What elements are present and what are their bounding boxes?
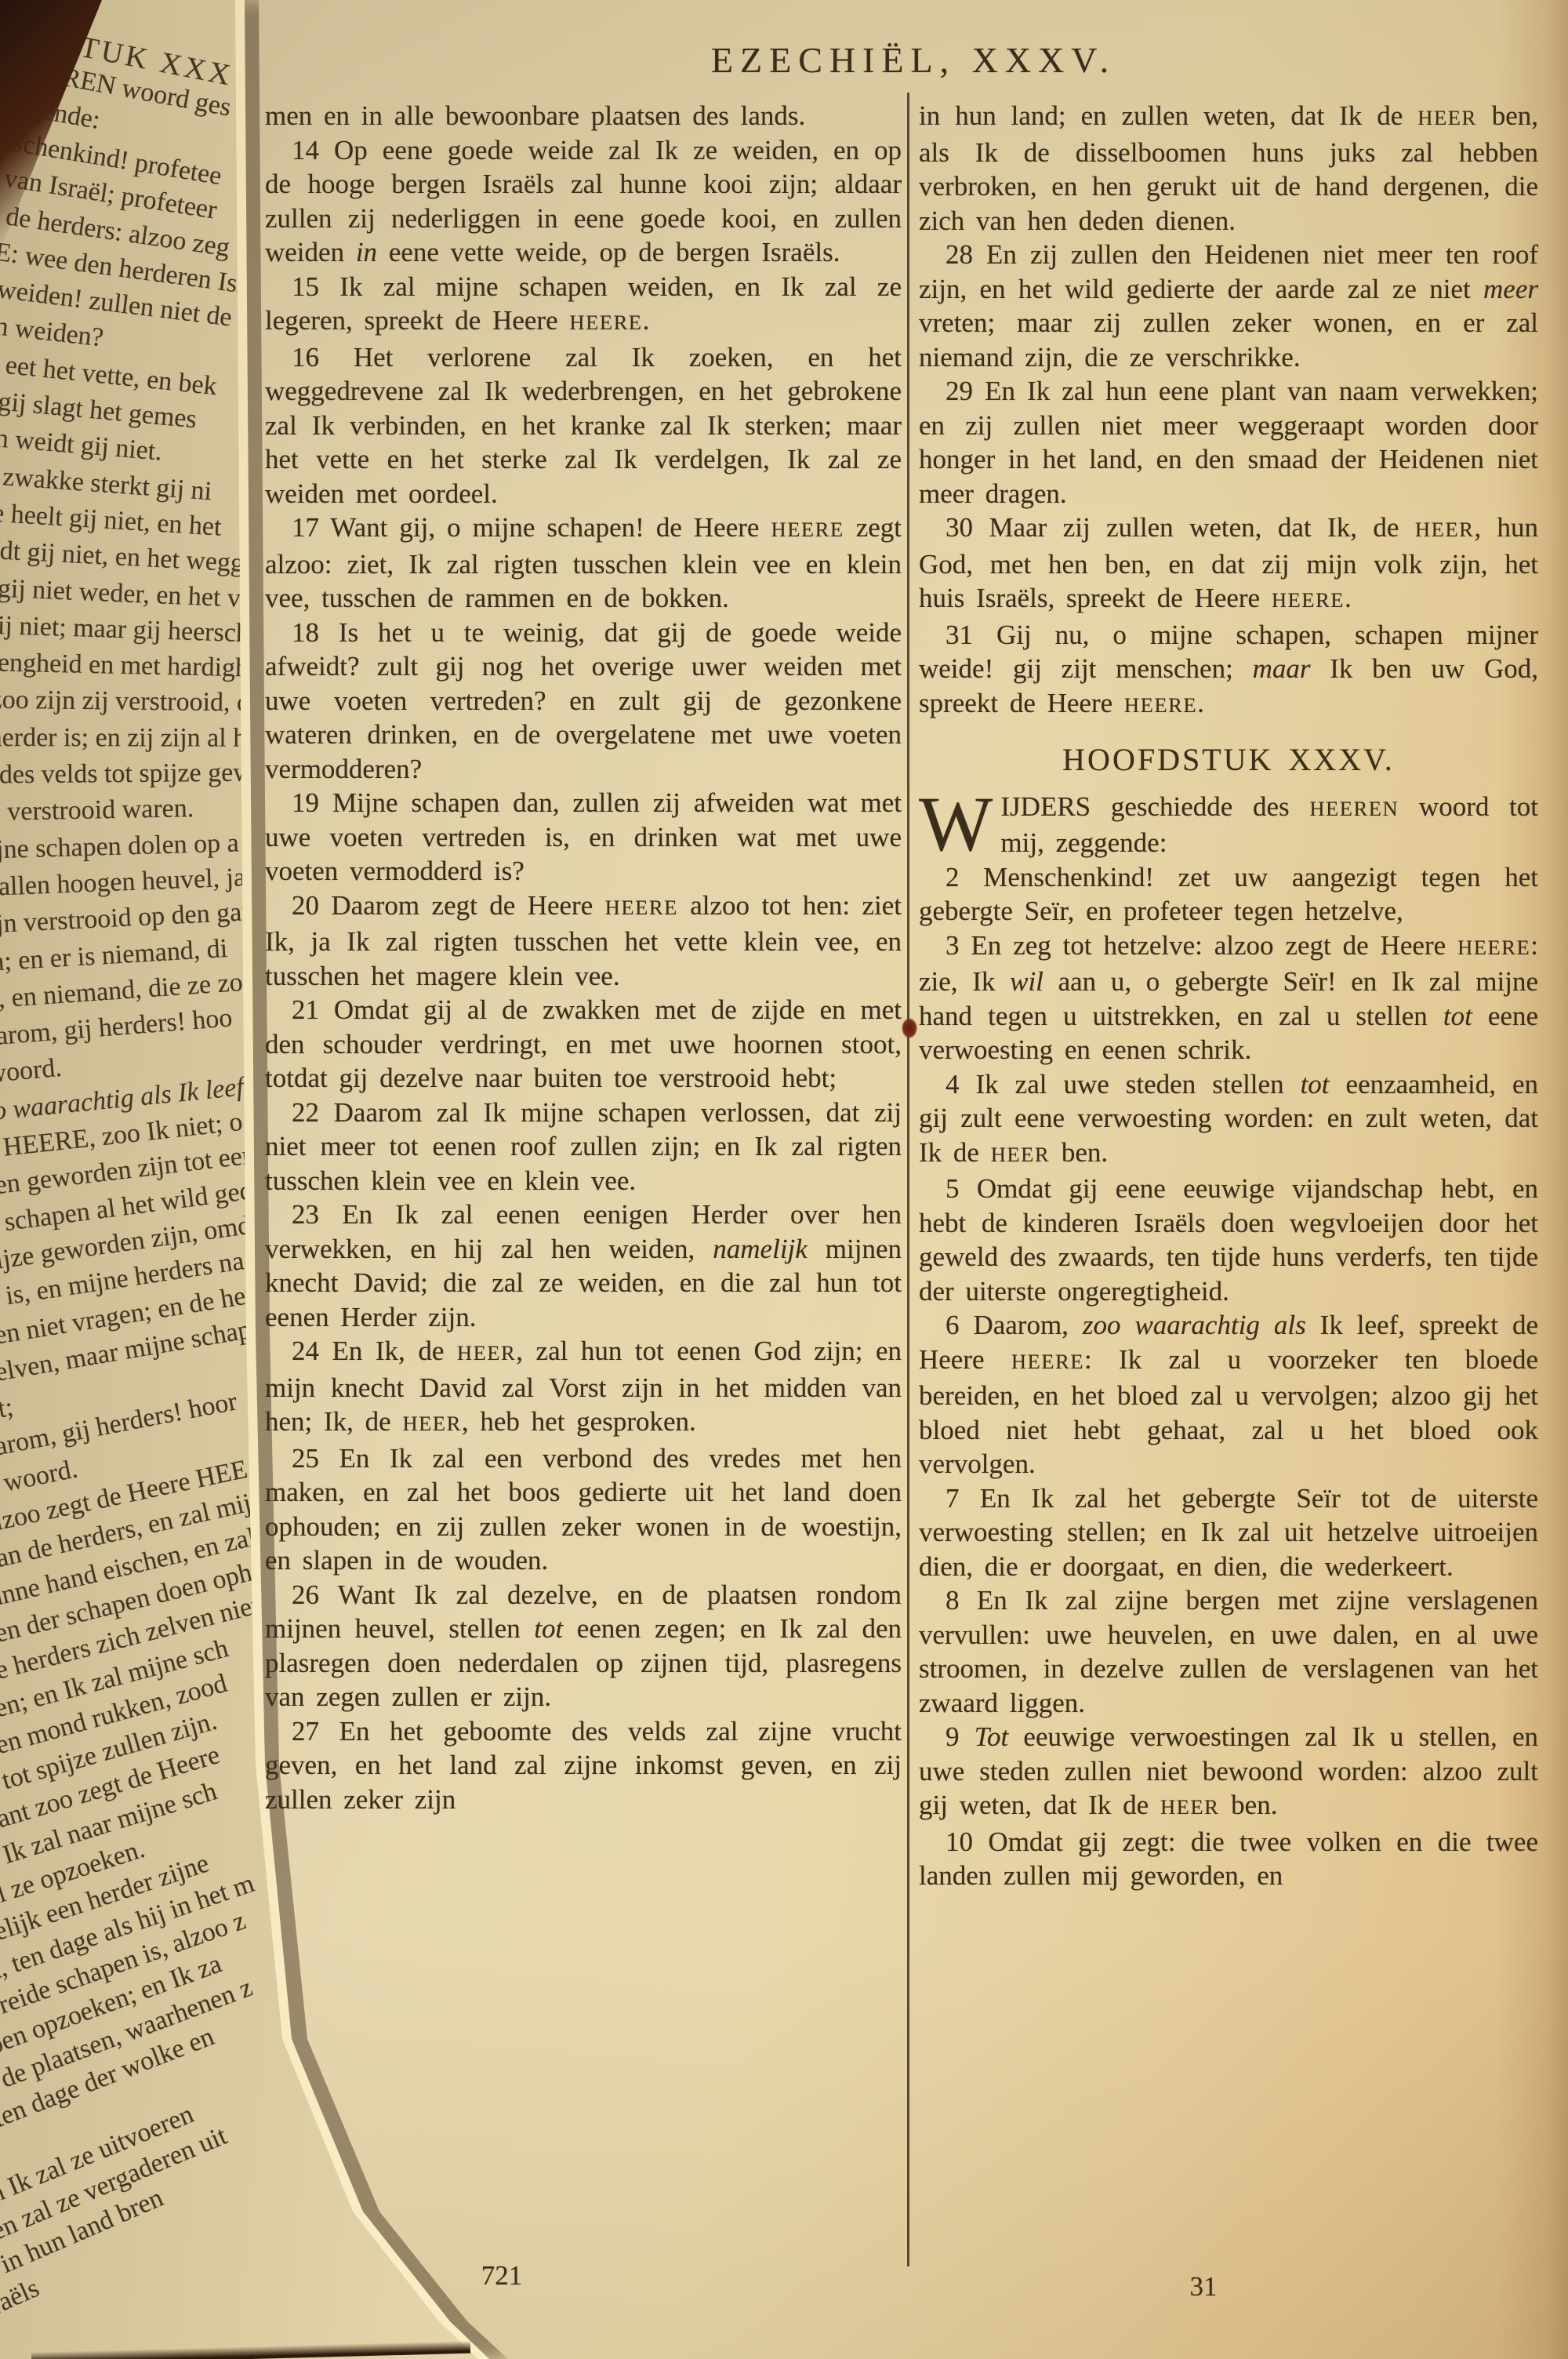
verse-paragraph: 28 En zij zullen den Heidenen niet meer … — [919, 238, 1538, 374]
verse-text: 25 En Ik zal een verbond des vredes met … — [265, 1443, 902, 1576]
verse-text: in hun land; en zullen weten, dat Ik de — [919, 100, 1417, 131]
verse-paragraph: 22 Daarom zal Ik mijne schapen verlossen… — [265, 1096, 902, 1198]
verse-text: 27 En het geboomte des velds zal zijne v… — [265, 1716, 902, 1815]
verse-text: 30 Maar zij zullen weten, dat Ik, de — [946, 512, 1415, 543]
italic-word: meer — [1483, 274, 1538, 304]
verse-text: . — [643, 305, 650, 336]
verse-paragraph: 31 Gij nu, o mijne schapen, schapen mijn… — [919, 618, 1538, 723]
verse-paragraph: 14 Op eene goede weide zal Ik ze weiden,… — [265, 133, 902, 270]
verse-text: 2 Menschenkind! zet uw aangezigt tegen h… — [919, 862, 1538, 927]
verse-paragraph: 30 Maar zij zullen weten, dat Ik, de HEE… — [919, 511, 1538, 618]
verse-text: 3 En zeg tot hetzelve: alzoo zegt de Hee… — [946, 930, 1457, 961]
italic-word: tot — [534, 1613, 563, 1644]
verse-text: 18 Is het u te weinig, dat gij de goede … — [265, 617, 902, 784]
chapter-intro-text: IJDERS geschiedde des HEEREN woord tot m… — [1000, 791, 1538, 859]
verse-paragraph: 6 Daarom, zoo waarachtig als Ik leef, sp… — [919, 1308, 1538, 1481]
ink-stain — [902, 1018, 917, 1038]
verse-paragraph: 15 Ik zal mijne schapen weiden, en Ik za… — [265, 270, 902, 340]
verse-paragraph: 26 Want Ik zal dezelve, en de plaatsen r… — [265, 1578, 902, 1714]
verse-paragraph: 3 En zeg tot hetzelve: alzoo zegt de Hee… — [919, 929, 1538, 1067]
verse-paragraph: 7 En Ik zal het gebergte Seïr tot de uit… — [919, 1481, 1538, 1584]
verse-text: 9 — [946, 1721, 975, 1752]
verse-text: . — [1345, 583, 1352, 613]
verse-text: 10 Omdat gij zegt: die twee volken en di… — [919, 1826, 1538, 1892]
right-text-column: in hun land; en zullen weten, dat Ik de … — [919, 99, 1538, 1893]
verse-text: ben. — [1050, 1137, 1108, 1168]
small-caps-divine-name: HEERE — [1272, 588, 1345, 612]
left-text-column: men en in alle bewoonbare plaatsen des l… — [265, 99, 902, 1816]
verse-text: ben. — [1219, 1790, 1277, 1820]
verse-paragraph: 29 En Ik zal hun eene plant van naam ver… — [919, 374, 1538, 511]
verse-text: vreten; maar zij zullen zeker wonen, en … — [919, 307, 1538, 373]
italic-word: maar — [1253, 653, 1311, 684]
book-photo: { "book_header": "EZECHIËL, XXXV.", "pag… — [0, 0, 1568, 2359]
verse-text: 21 Omdat gij al de zwakken met de zijde … — [265, 994, 902, 1093]
verse-text: 4 Ik zal uwe steden stellen — [946, 1069, 1301, 1100]
verse-text: 16 Het verlorene zal Ik zoeken, en het w… — [265, 342, 902, 509]
chapter-heading: HOOFDSTUK XXXV. — [919, 743, 1538, 777]
verse-text: . — [1197, 688, 1204, 718]
verse-text: 7 En Ik zal het gebergte Seïr tot de uit… — [919, 1483, 1538, 1582]
dropcap-letter: W — [919, 790, 1000, 854]
verse-text: 22 Daarom zal Ik mijne schapen verlossen… — [265, 1097, 902, 1196]
small-caps-divine-name: HEERE — [1011, 1350, 1084, 1373]
verse-paragraph: 23 En Ik zal eenen eenigen Herder over h… — [265, 1198, 902, 1334]
verse-text: IJDERS geschiedde des — [1000, 791, 1309, 822]
verse-paragraph: 16 Het verlorene zal Ik zoeken, en het w… — [265, 340, 902, 511]
right-column-top-verses: in hun land; en zullen weten, dat Ik de … — [919, 99, 1538, 722]
verse-text: 29 En Ik zal hun eene plant van naam ver… — [919, 376, 1538, 509]
verse-paragraph: 2 Menschenkind! zet uw aangezigt tegen h… — [919, 860, 1538, 929]
small-caps-divine-name: HEER — [1417, 106, 1476, 129]
verse-paragraph: 27 En het geboomte des velds zal zijne v… — [265, 1714, 902, 1817]
verse-paragraph: 4 Ik zal uwe steden stellen tot eenzaamh… — [919, 1067, 1538, 1172]
italic-word: tot — [1443, 1001, 1472, 1031]
verse-paragraph: 19 Mijne schapen dan, zullen zij afweide… — [265, 786, 902, 889]
verse-text: 19 Mijne schapen dan, zullen zij afweide… — [265, 787, 902, 886]
verse-text: 8 En Ik zal zijne bergen met zijne versl… — [919, 1585, 1538, 1718]
verse-paragraph: men en in alle bewoonbare plaatsen des l… — [265, 99, 902, 133]
small-caps-divine-name: HEER — [402, 1412, 461, 1435]
verse-paragraph: 8 En Ik zal zijne bergen met zijne versl… — [919, 1583, 1538, 1720]
small-caps-divine-name: HEERE — [569, 311, 642, 334]
italic-word: in — [356, 237, 377, 267]
small-caps-divine-name: HEERE — [771, 518, 844, 541]
small-caps-divine-name: HEER — [457, 1341, 516, 1365]
verse-paragraph: in hun land; en zullen weten, dat Ik de … — [919, 99, 1538, 238]
verse-paragraph: 5 Omdat gij eene eeuwige vijandschap heb… — [919, 1172, 1538, 1308]
small-caps-divine-name: HEEREN — [1309, 797, 1399, 820]
verse-paragraph: 18 Is het u te weinig, dat gij de goede … — [265, 616, 902, 787]
verse-text: , heb het gesproken. — [462, 1406, 696, 1437]
italic-word: tot — [1301, 1069, 1330, 1100]
verse-paragraph: 10 Omdat gij zegt: die twee volken en di… — [919, 1825, 1538, 1893]
verse-text: 20 Daarom zegt de Heere — [292, 890, 605, 921]
column-divider-rule — [907, 93, 909, 2266]
small-caps-divine-name: HEER — [1415, 518, 1474, 541]
page-number: 721 — [439, 2260, 564, 2292]
verse-text: 28 En zij zullen den Heidenen niet meer … — [919, 239, 1538, 304]
verse-text: 24 En Ik, de — [292, 1336, 457, 1366]
verse-text: 17 Want gij, o mijne schapen! de Heere — [292, 512, 771, 543]
small-caps-divine-name: HEER — [991, 1143, 1050, 1166]
italic-word: zoo waarachtig als — [1083, 1310, 1306, 1340]
italic-word: Tot — [975, 1721, 1008, 1752]
italic-word: namelijk — [713, 1234, 808, 1264]
verse-paragraph: 21 Omdat gij al de zwakken met de zijde … — [265, 993, 902, 1096]
verse-paragraph: 24 En Ik, de HEER, zal hun tot eenen God… — [265, 1334, 902, 1441]
verse-paragraph: 20 Daarom zegt de Heere HEERE alzoo tot … — [265, 889, 902, 994]
verse-paragraph: WIJDERS geschiedde des HEEREN woord tot … — [919, 790, 1538, 860]
small-caps-divine-name: HEERE — [1457, 936, 1530, 959]
right-column-bottom-verses: 2 Menschenkind! zet uw aangezigt tegen h… — [919, 860, 1538, 1893]
italic-word: wil — [1010, 966, 1044, 997]
running-header: EZECHIËL, XXXV. — [259, 39, 1568, 81]
verse-paragraph: 25 En Ik zal een verbond des vredes met … — [265, 1441, 902, 1578]
verse-paragraph: 17 Want gij, o mijne schapen! de Heere H… — [265, 511, 902, 616]
signature-number: 31 — [1141, 2271, 1266, 2303]
small-caps-divine-name: HEER — [1160, 1795, 1219, 1819]
verse-text: 5 Omdat gij eene eeuwige vijandschap heb… — [919, 1173, 1538, 1307]
verse-text: men en in alle bewoonbare plaatsen des l… — [265, 100, 805, 131]
verse-paragraph: 9 Tot eeuwige verwoestingen zal Ik u ste… — [919, 1720, 1538, 1825]
verse-text: 6 Daarom, — [946, 1310, 1083, 1340]
small-caps-divine-name: HEERE — [605, 896, 678, 919]
small-caps-divine-name: HEERE — [1124, 693, 1197, 717]
verse-text: eene vette weide, op de bergen Israëls. — [377, 237, 840, 267]
